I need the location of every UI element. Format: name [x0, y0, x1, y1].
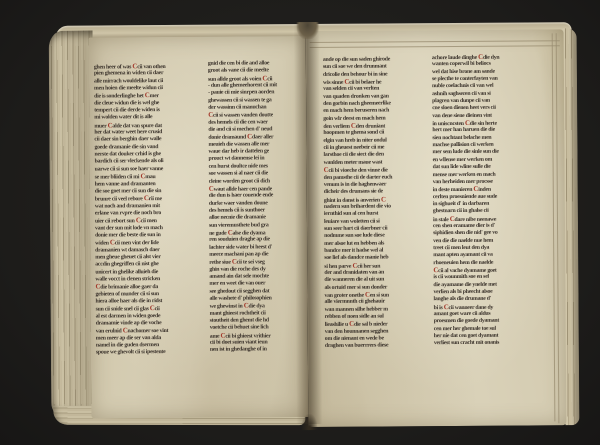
rubric-initial: C — [444, 303, 449, 311]
ruling-line-vertical — [556, 33, 560, 423]
ruling-line-horizontal — [310, 40, 560, 43]
text-line: verliest sun cracht mit onanis — [434, 340, 537, 348]
rubric-initial: C — [352, 262, 357, 270]
text-line: spoue we ghevolt cii si ipestente — [96, 349, 195, 357]
rubric-initial: C — [144, 195, 149, 202]
rubric-initial: C — [209, 185, 214, 193]
right-page-column-2: achore laude dinghe Cdie dynwanten coper… — [432, 53, 537, 350]
rubric-initial: C — [344, 78, 349, 86]
rubric-initial: C — [349, 321, 354, 329]
text-line: nen ist in ghedanghe of in — [210, 346, 309, 354]
rubric-initial: C — [478, 53, 483, 60]
gutter-notch-top — [297, 22, 319, 39]
rubric-initial: C — [220, 332, 225, 340]
ruling-line-horizontal — [310, 45, 560, 48]
manuscript-book: ghen heer of was Ccii van othenpien ghem… — [49, 22, 580, 426]
rubric-initial: C — [365, 291, 370, 298]
rubric-initial: C — [244, 302, 249, 309]
text-line: draghen van buerrrers diese — [325, 343, 427, 351]
rubric-initial: C — [123, 327, 128, 335]
rubric-initial: C — [351, 122, 356, 130]
rubric-initial: C — [450, 215, 455, 223]
rubric-initial: C — [108, 122, 113, 130]
rubric-initial: C — [473, 186, 478, 193]
rubric-initial: C — [150, 305, 155, 312]
left-page-column-2: gnid die cen bi die and alloegroot als v… — [208, 60, 309, 357]
rubric-initial: C — [110, 239, 115, 247]
rubric-initial: C — [145, 92, 150, 99]
rubric-initial: C — [324, 166, 329, 174]
rubric-initial: C — [262, 75, 267, 82]
rubric-initial: C — [381, 196, 386, 203]
rubric-initial: C — [465, 120, 470, 127]
rubric-initial: C — [95, 283, 100, 291]
ruling-line-vertical — [552, 33, 556, 421]
rubric-initial: C — [140, 173, 145, 180]
rubric-initial: C — [232, 258, 237, 266]
rubric-initial: C — [136, 217, 141, 224]
photo-background: ghen heer of was Ccii van othenpien ghem… — [0, 0, 600, 445]
rubric-initial: C — [247, 133, 252, 140]
left-page-column-1: ghen heer of was Ccii van othenpien ghem… — [94, 63, 195, 360]
right-page-column-1: ande op die sun saden ghirodesun cii soe… — [323, 56, 427, 353]
rubric-initial: C — [208, 111, 213, 119]
rubric-initial: C — [433, 266, 438, 274]
gutter-notch-bottom — [301, 414, 317, 430]
rubric-initial: C — [228, 229, 233, 237]
rubric-initial: C — [132, 63, 137, 70]
